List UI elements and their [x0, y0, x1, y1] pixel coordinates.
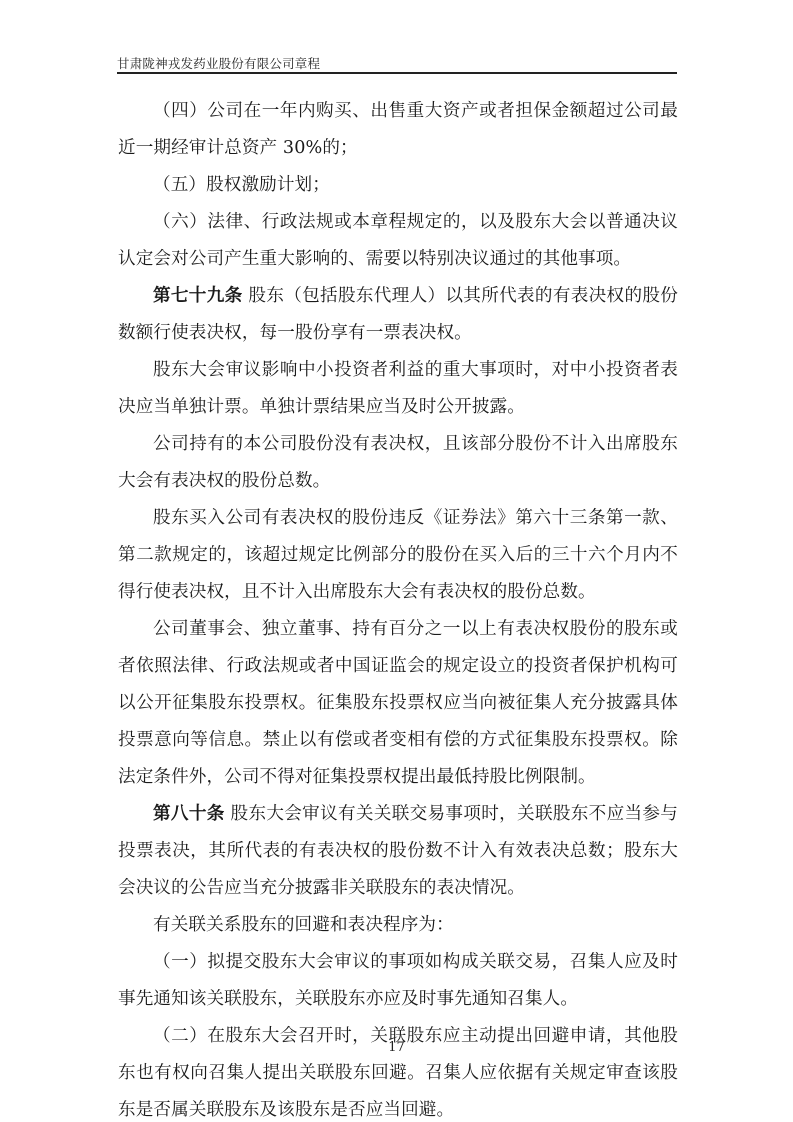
article-79: 第七十九条 股东（包括股东代理人）以其所代表的有表决权的股份数额行使表决权，每一…: [118, 278, 678, 352]
running-header: 甘肃陇神戎发药业股份有限公司章程: [117, 54, 677, 72]
paragraph-item-4: （四）公司在一年内购买、出售重大资产或者担保金额超过公司最近一期经审计总资产 3…: [118, 93, 678, 167]
paragraph-item-6: （六）法律、行政法规或本章程规定的，以及股东大会以普通决议认定会对公司产生重大影…: [118, 204, 678, 278]
document-body: （四）公司在一年内购买、出售重大资产或者担保金额超过公司最近一期经审计总资产 3…: [118, 93, 678, 1122]
paragraph-text: （四）公司在一年内购买、出售重大资产或者担保金额超过公司最近一期经审计总资产 3…: [118, 101, 678, 158]
article-80: 第八十条 股东大会审议有关关联交易事项时，关联股东不应当参与投票表决，其所代表的…: [118, 796, 678, 907]
paragraph-item-2: （二）在股东大会召开时，关联股东应主动提出回避申请，其他股东也有权向召集人提出关…: [118, 1018, 678, 1122]
paragraph-text: 公司董事会、独立董事、持有百分之一以上有表决权股份的股东或者依照法律、行政法规或…: [118, 619, 678, 787]
article-heading: 第七十九条: [153, 286, 243, 306]
paragraph-text: 公司持有的本公司股份没有表决权，且该部分股份不计入出席股东大会有表决权的股份总数…: [118, 434, 678, 491]
paragraph-minority-votes: 股东大会审议影响中小投资者利益的重大事项时，对中小投资者表决应当单独计票。单独计…: [118, 352, 678, 426]
paragraph-securities-law: 股东买入公司有表决权的股份违反《证券法》第六十三条第一款、第二款规定的，该超过规…: [118, 500, 678, 611]
paragraph-text: 股东买入公司有表决权的股份违反《证券法》第六十三条第一款、第二款规定的，该超过规…: [118, 508, 678, 602]
paragraph-text: 股东大会审议影响中小投资者利益的重大事项时，对中小投资者表决应当单独计票。单独计…: [118, 360, 678, 417]
paragraph-item-1: （一）拟提交股东大会审议的事项如构成关联交易，召集人应及时事先通知该关联股东，关…: [118, 944, 678, 1018]
paragraph-text: （五）股权激励计划；: [153, 175, 330, 195]
article-heading: 第八十条: [153, 804, 225, 824]
header-divider: [117, 72, 677, 74]
paragraph-recusal-procedure: 有关联关系股东的回避和表决程序为：: [118, 907, 678, 944]
paragraph-item-5: （五）股权激励计划；: [118, 167, 678, 204]
paragraph-proxy-solicitation: 公司董事会、独立董事、持有百分之一以上有表决权股份的股东或者依照法律、行政法规或…: [118, 611, 678, 796]
paragraph-text: （六）法律、行政法规或本章程规定的，以及股东大会以普通决议认定会对公司产生重大影…: [118, 212, 678, 269]
page-number: 17: [0, 1040, 793, 1055]
paragraph-treasury-shares: 公司持有的本公司股份没有表决权，且该部分股份不计入出席股东大会有表决权的股份总数…: [118, 426, 678, 500]
paragraph-text: （一）拟提交股东大会审议的事项如构成关联交易，召集人应及时事先通知该关联股东，关…: [118, 952, 678, 1009]
paragraph-text: 有关联关系股东的回避和表决程序为：: [153, 915, 454, 935]
